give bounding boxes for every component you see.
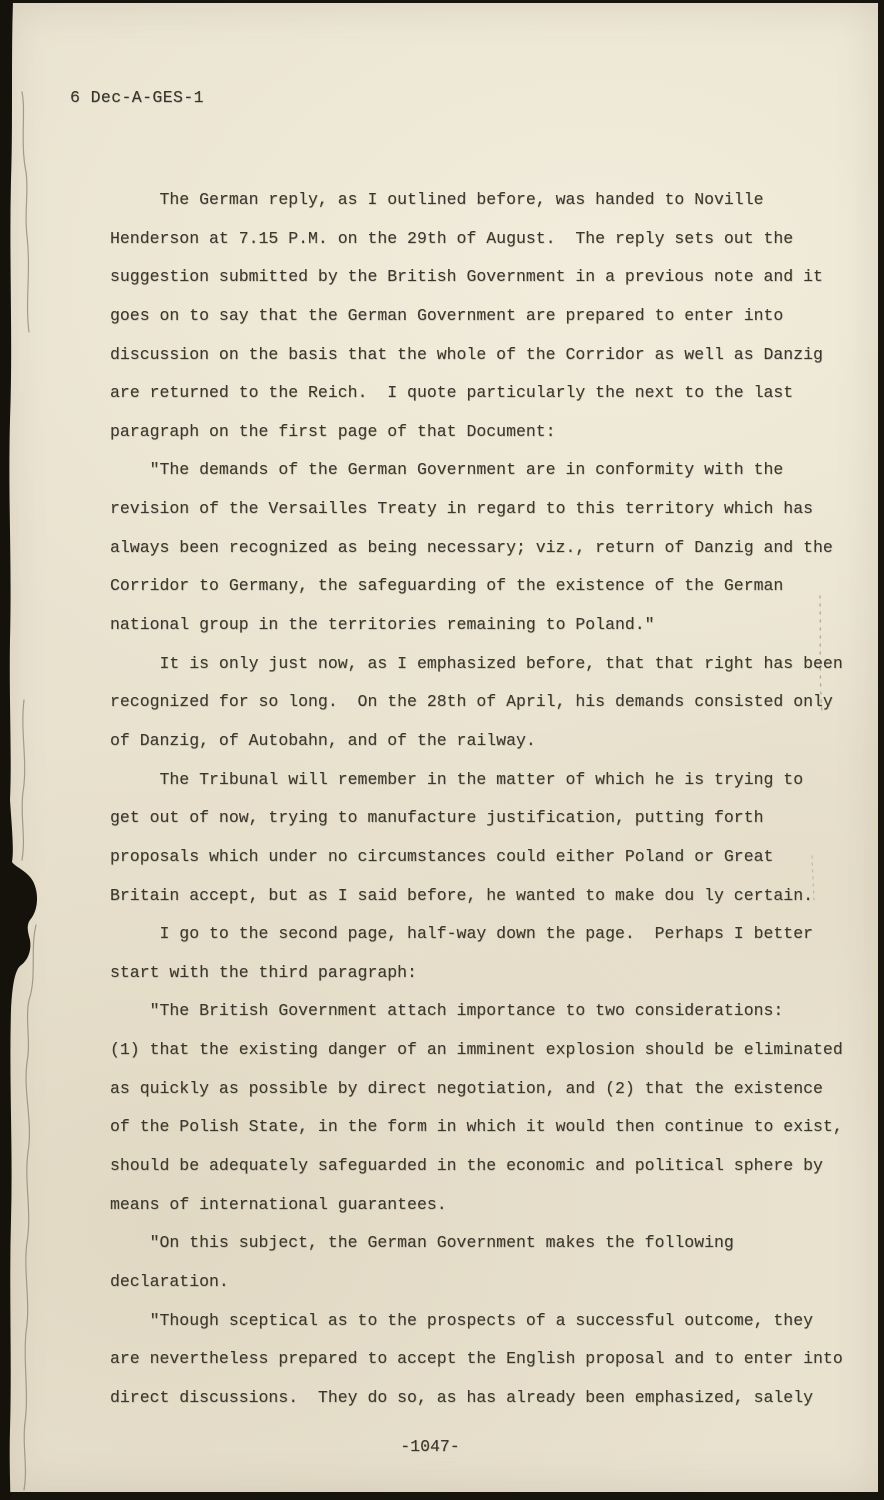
text-line: "On this subject, the German Government … — [110, 1224, 870, 1263]
text-line: proposals which under no circumstances c… — [110, 838, 870, 877]
text-line: as quickly as possible by direct negotia… — [110, 1070, 870, 1109]
text-line: The Tribunal will remember in the matter… — [110, 761, 870, 800]
text-line: means of international guarantees. — [110, 1186, 870, 1225]
page-number: -1047- — [6, 1435, 854, 1459]
text-line: are returned to the Reich. I quote parti… — [110, 374, 870, 413]
paragraph: The German reply, as I outlined before, … — [110, 181, 870, 451]
scan-background: 6 Dec-A-GES-1 The German reply, as I out… — [0, 0, 884, 1500]
document-page: 6 Dec-A-GES-1 The German reply, as I out… — [6, 3, 878, 1492]
text-line: should be adequately safeguarded in the … — [110, 1147, 870, 1186]
text-line: always been recognized as being necessar… — [110, 529, 870, 568]
text-line: of Danzig, of Autobahn, and of the railw… — [110, 722, 870, 761]
text-line: paragraph on the first page of that Docu… — [110, 413, 870, 452]
text-line: get out of now, trying to manufacture ju… — [110, 799, 870, 838]
document-body: The German reply, as I outlined before, … — [110, 181, 870, 1418]
paragraph-quote: "The demands of the German Government ar… — [110, 451, 870, 644]
text-line: national group in the territories remain… — [110, 606, 870, 645]
text-line: goes on to say that the German Governmen… — [110, 297, 870, 336]
text-line: discussion on the basis that the whole o… — [110, 336, 870, 375]
text-line: "The demands of the German Government ar… — [110, 451, 870, 490]
text-line: start with the third paragraph: — [110, 954, 870, 993]
text-line: Britain accept, but as I said before, he… — [110, 877, 870, 916]
text-line: of the Polish State, in the form in whic… — [110, 1108, 870, 1147]
text-line: declaration. — [110, 1263, 870, 1302]
text-line: revision of the Versailles Treaty in reg… — [110, 490, 870, 529]
text-line: I go to the second page, half-way down t… — [110, 915, 870, 954]
text-line: "The British Government attach importanc… — [110, 992, 870, 1031]
text-line: It is only just now, as I emphasized bef… — [110, 645, 870, 684]
text-line: are nevertheless prepared to accept the … — [110, 1340, 870, 1379]
text-line: (1) that the existing danger of an immin… — [110, 1031, 870, 1070]
document-reference: 6 Dec-A-GES-1 — [70, 88, 204, 108]
text-line: suggestion submitted by the British Gove… — [110, 258, 870, 297]
paragraph-quote: "Though sceptical as to the prospects of… — [110, 1302, 870, 1418]
text-line: "Though sceptical as to the prospects of… — [110, 1302, 870, 1341]
paragraph-quote: "On this subject, the German Government … — [110, 1224, 870, 1301]
text-line: direct discussions. They do so, as has a… — [110, 1379, 870, 1418]
text-line: recognized for so long. On the 28th of A… — [110, 683, 870, 722]
paragraph: I go to the second page, half-way down t… — [110, 915, 870, 992]
paragraph-quote: "The British Government attach importanc… — [110, 992, 870, 1224]
text-line: The German reply, as I outlined before, … — [110, 181, 870, 220]
text-line: Henderson at 7.15 P.M. on the 29th of Au… — [110, 220, 870, 259]
paragraph: The Tribunal will remember in the matter… — [110, 761, 870, 916]
paragraph: It is only just now, as I emphasized bef… — [110, 645, 870, 761]
text-line: Corridor to Germany, the safeguarding of… — [110, 567, 870, 606]
